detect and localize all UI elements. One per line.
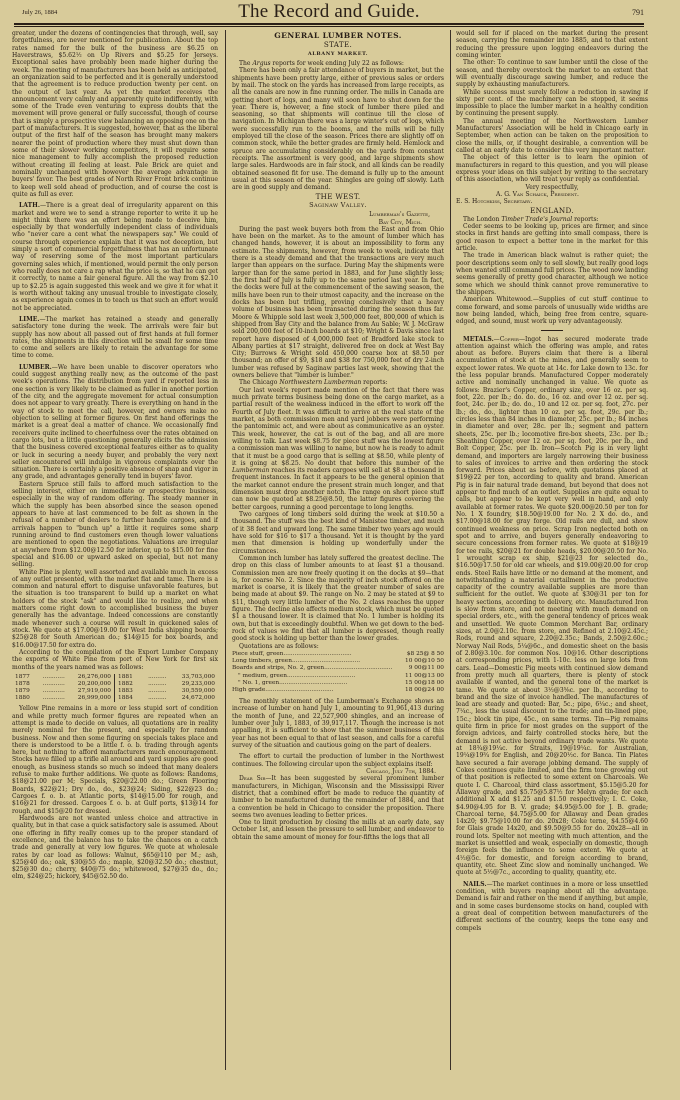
- column-2: GENERAL LUMBER NOTES. STATE. ALBANY MARK…: [232, 30, 444, 1080]
- gazette-location: Bay City, Mich.: [232, 219, 444, 226]
- export-table-left: 1877............26,276,000 1878.........…: [12, 674, 115, 702]
- export-row: 1884..........24,672,000: [118, 695, 215, 702]
- lumber-paragraph: LUMBER.—We have been unable to discover …: [12, 364, 218, 481]
- saginaw-heading: Saginaw Valley.: [232, 202, 444, 209]
- hardwoods-paragraph: Hardwoods are not wanted unless choice a…: [12, 815, 218, 881]
- annual-meeting-paragraph: The annual meeting of the Northwestern L…: [456, 118, 648, 155]
- quotation-row: " medium, green.........................…: [232, 673, 444, 680]
- quotations-intro: Quotations are as follows:: [232, 643, 444, 650]
- export-row: 1881..........33,703,000: [118, 674, 215, 681]
- albany-heading: ALBANY MARKET.: [232, 51, 444, 58]
- metals-heading: METALS.: [463, 336, 494, 343]
- gazette-source: Lumberman's Gazette,: [232, 211, 444, 218]
- ceder-paragraph: Ceder seems to be looking up, prices are…: [456, 223, 648, 252]
- yellow-pine-paragraph: Yellow Pine remains in a more or less st…: [12, 705, 218, 815]
- export-row: 1878............20,200,000: [15, 681, 111, 688]
- quotation-row: High grade..............................…: [232, 687, 444, 694]
- quotation-row: Boards and strips, No. 2, green.........…: [232, 665, 444, 672]
- column-divider: [225, 30, 226, 1070]
- state-heading: STATE.: [232, 41, 444, 48]
- newspaper-page: July 26, 1884 The Record and Guide. 791 …: [0, 0, 680, 1100]
- section-heading: GENERAL LUMBER NOTES.: [232, 32, 444, 39]
- nails-paragraph: NAILS.—The market continues in a more or…: [456, 881, 648, 932]
- export-row: 1879............27,919,000: [15, 688, 111, 695]
- west-heading: THE WEST.: [232, 193, 444, 200]
- president-signature: A. G. Van Schaick, President.: [456, 191, 648, 198]
- walnut-paragraph: The trade in American black walnut is ra…: [456, 252, 648, 296]
- export-row: 1882..........29,233,000: [118, 681, 215, 688]
- albany-paragraph: There has been only a fair attendance of…: [232, 67, 444, 191]
- secretary-signature: E. S. Hotchkiss, Secretary.: [456, 198, 648, 205]
- export-row: 1880............26,999,000: [15, 695, 111, 702]
- section-divider: [541, 330, 563, 331]
- lath-heading: LATH.: [19, 202, 40, 209]
- while-success-paragraph: While success must surely follow a reduc…: [456, 89, 648, 118]
- argus-intro: The Argus reports for week ending July 2…: [232, 60, 444, 67]
- object-paragraph: The object of this letter is to learn th…: [456, 154, 648, 183]
- closing: Very respectfully,: [456, 184, 648, 191]
- lumber-heading: LUMBER.: [19, 364, 52, 371]
- lath-paragraph: LATH.—There is a great deal of irregular…: [12, 202, 218, 312]
- curtail-paragraph: The effort to curtail the production of …: [232, 753, 444, 768]
- england-heading: ENGLAND.: [456, 207, 648, 214]
- export-table-right: 1881..........33,703,000 1882..........2…: [115, 674, 218, 702]
- monthly-statement-paragraph: The monthly statement of the Lumberman's…: [232, 698, 444, 749]
- masthead-rule: [14, 23, 644, 25]
- other-paragraph: The other: To continue to saw lumber unt…: [456, 59, 648, 88]
- masthead-rule-thin: [14, 26, 644, 27]
- export-intro-paragraph: According to the compilation of the Expo…: [12, 649, 218, 671]
- saginaw-paragraph: During the past week buyers both from th…: [232, 226, 444, 380]
- lime-heading: LIME.: [19, 316, 40, 323]
- quotation-row: " No. 1, green..........................…: [232, 680, 444, 687]
- publication-title: The Record and Guide.: [14, 1, 644, 23]
- chicago-paragraph: Our last week's report made mention of t…: [232, 387, 444, 511]
- spruce-paragraph: Eastern Spruce still fails to afford muc…: [12, 481, 218, 569]
- common-inch-paragraph: Common inch lumber has lately suffered t…: [232, 555, 444, 643]
- masthead: July 26, 1884 The Record and Guide. 791: [14, 0, 644, 25]
- lime-paragraph: LIME.—The market has retained a steady a…: [12, 316, 218, 360]
- chicago-intro: The Chicago Northwestern Lumberman repor…: [232, 379, 444, 386]
- export-row: 1883..........30,559,000: [118, 688, 215, 695]
- dear-sir-paragraph: Dear Sir—It has been suggested by severa…: [232, 775, 444, 819]
- whitewood-paragraph: American Whitewood.—Supplies of cut stuf…: [456, 296, 648, 325]
- limit-production-paragraph: One to limit production by closing the m…: [232, 819, 444, 841]
- london-intro: The London Timber Trade's Journal report…: [456, 216, 648, 223]
- quotation-table: Piece stuff, green......................…: [232, 651, 444, 694]
- column-divider: [450, 30, 451, 1070]
- continuation-paragraph: would sell for if placed on the market d…: [456, 30, 648, 59]
- brick-market-paragraph: greater, under the dozens of contingenci…: [12, 30, 218, 198]
- nails-heading: NAILS.: [463, 881, 487, 888]
- white-pine-paragraph: White Pine is plenty, well assorted and …: [12, 569, 218, 649]
- page-number: 791: [632, 8, 644, 17]
- column-3: would sell for if placed on the market d…: [456, 30, 648, 1080]
- export-table: 1877............26,276,000 1878.........…: [12, 674, 218, 702]
- column-1: greater, under the dozens of contingenci…: [12, 30, 218, 1080]
- timbers-paragraph: Two cargoes of long timbers sold during …: [232, 511, 444, 555]
- metals-paragraph: METALS.—Copper—Ingot has secured moderat…: [456, 336, 648, 877]
- dateline: Chicago, July 7th, 1884.: [232, 768, 444, 775]
- export-row: 1877............26,276,000: [15, 674, 111, 681]
